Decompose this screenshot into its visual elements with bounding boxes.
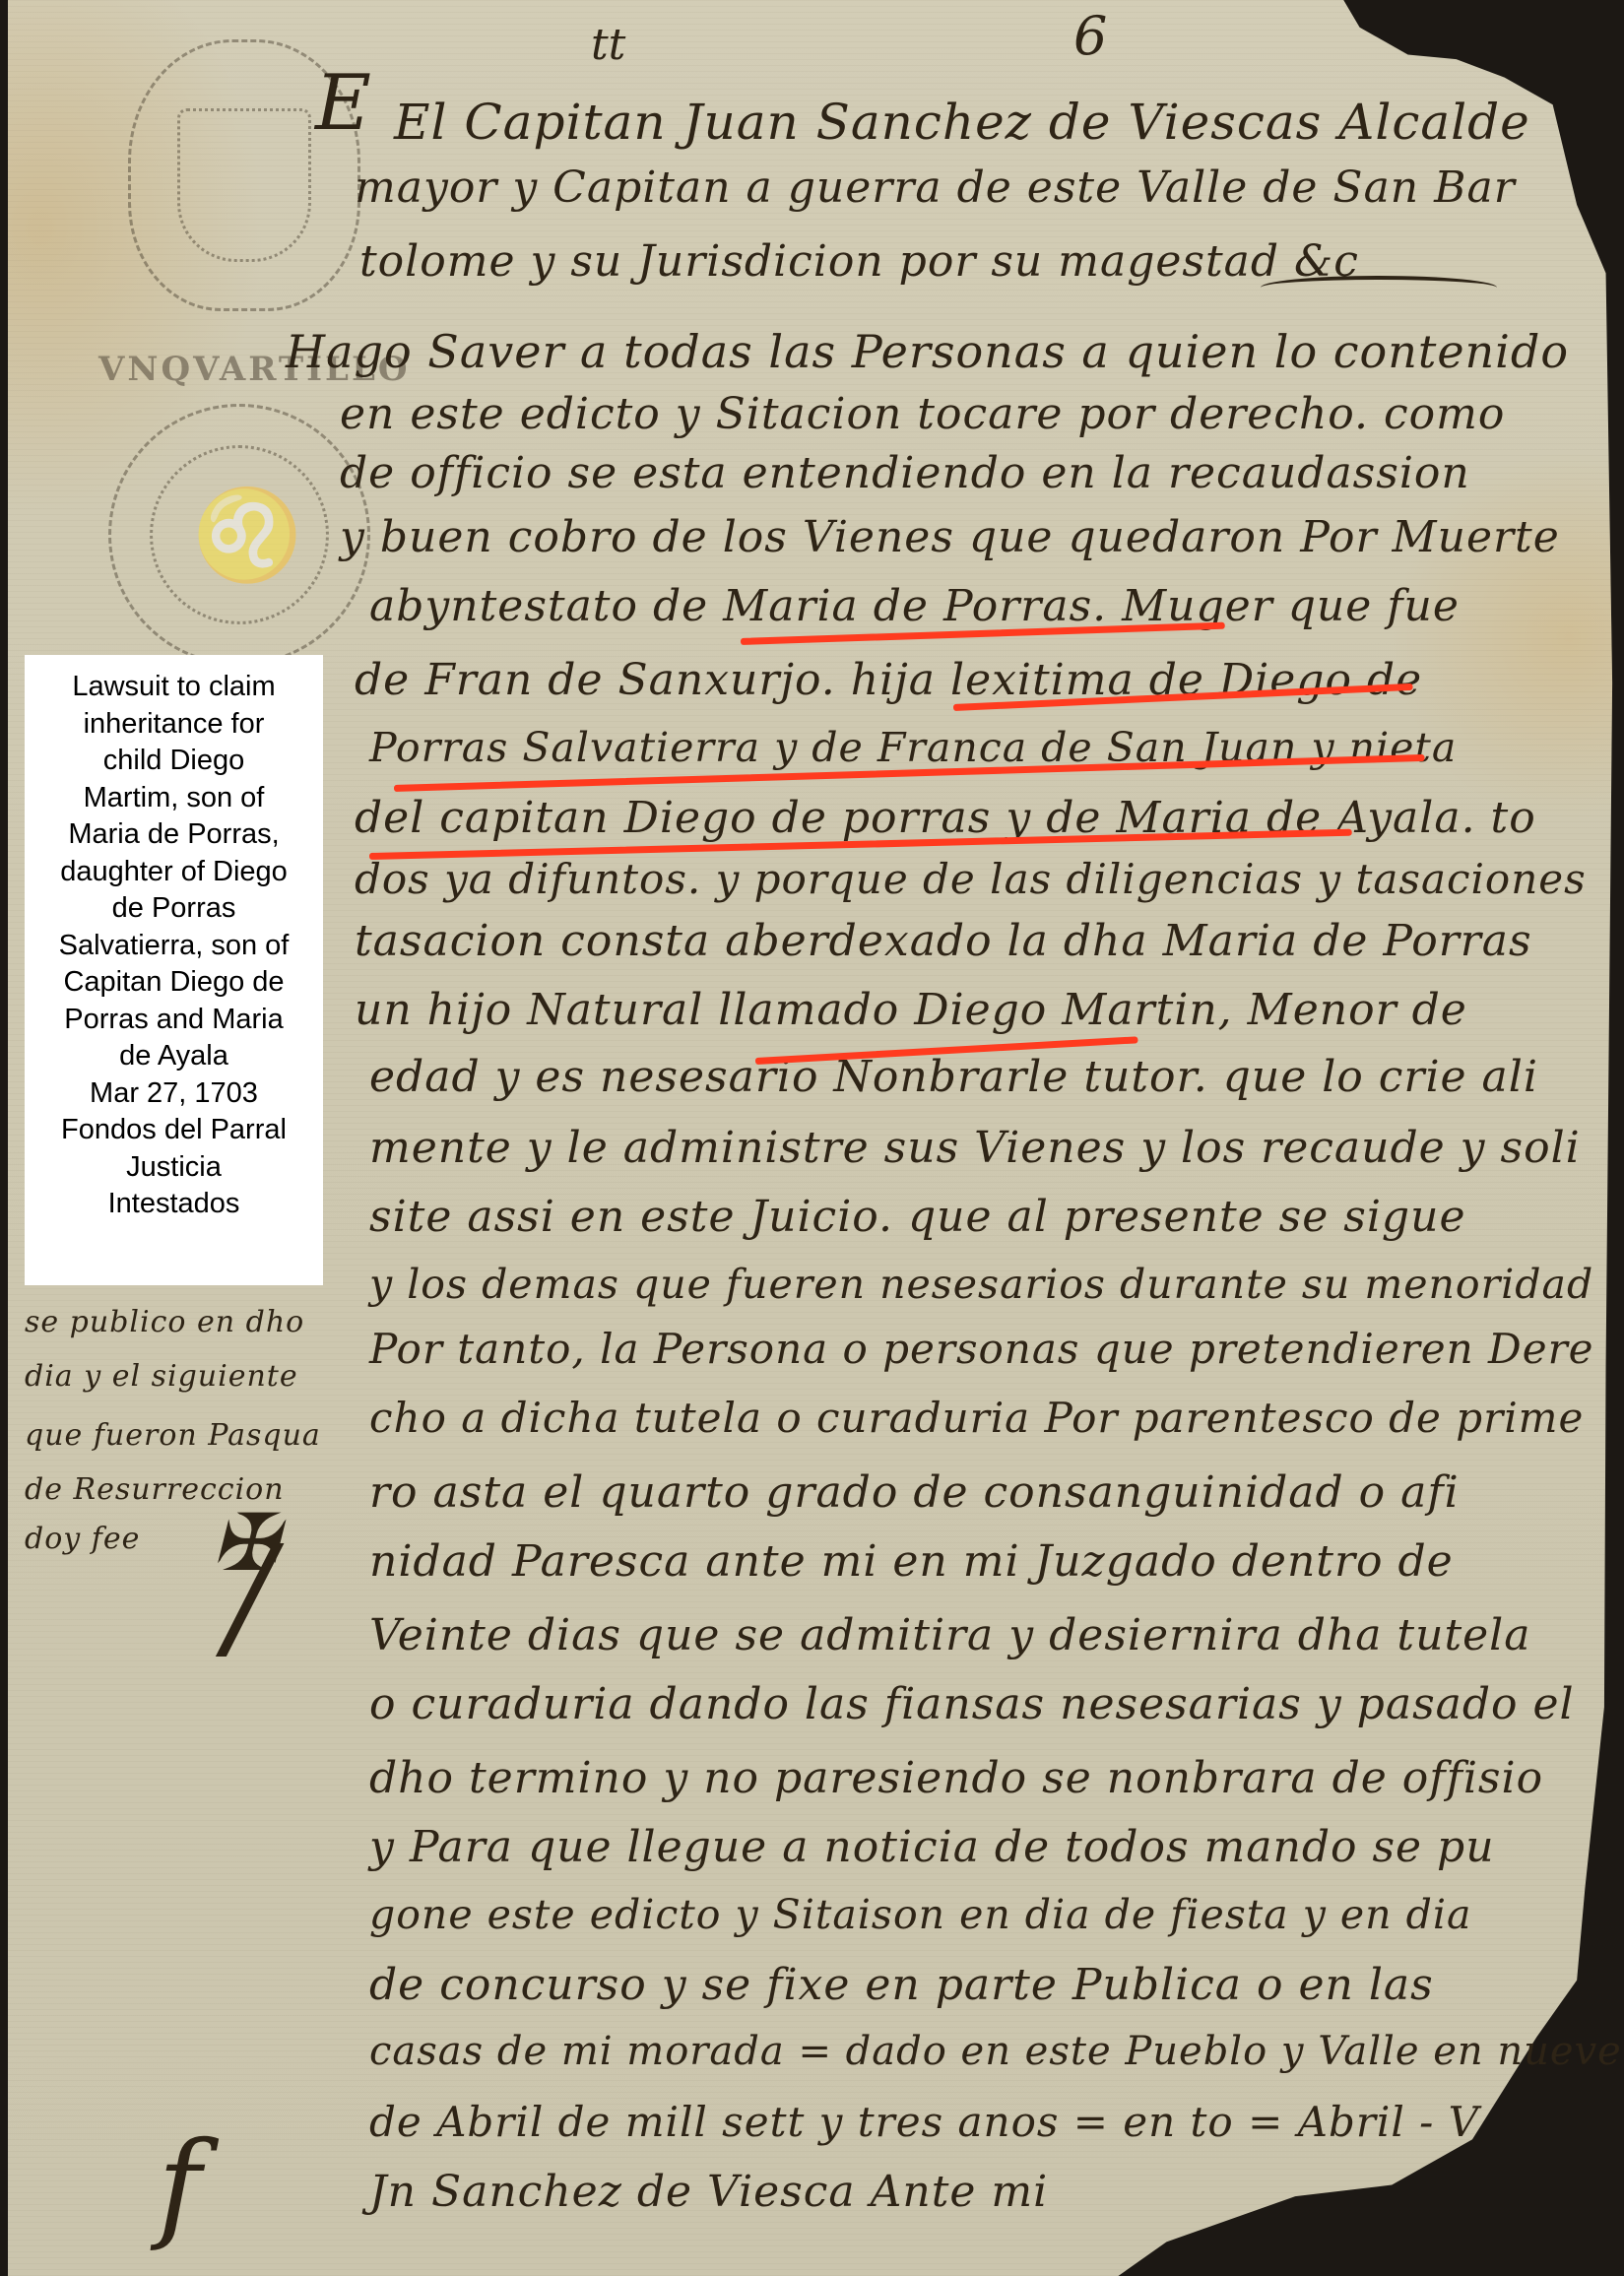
annotation-line: Salvatierra, son of xyxy=(59,928,290,965)
annotation-line: Capitan Diego de xyxy=(63,964,284,1002)
text-line-8: abyntestato de Maria de Porras. Muger qu… xyxy=(369,581,1460,631)
annotation-subseries: Intestados xyxy=(108,1186,240,1223)
text-line-26: y Para que llegue a noticia de todos man… xyxy=(369,1822,1495,1872)
annotation-line: Maria de Porras, xyxy=(68,816,279,854)
margin-note-line-5: doy fee xyxy=(25,1522,140,1556)
text-line-16: mente y le administre sus Vienes y los r… xyxy=(369,1123,1581,1173)
text-line-22: nidad Paresca ante mi en mi Juzgado dent… xyxy=(369,1536,1454,1587)
text-line-24: o curaduria dando las fiansas nesesarias… xyxy=(369,1679,1575,1729)
text-line-14: un hijo Natural llamado Diego Martin, Me… xyxy=(355,985,1467,1035)
line-flourish xyxy=(1261,276,1497,299)
folio-mark: tt xyxy=(591,20,625,70)
text-line-30: de Abril de mill sett y tres anos = en t… xyxy=(369,2098,1479,2146)
annotation-line: de Ayala xyxy=(119,1038,228,1075)
text-line-27: gone este edicto y Sitaison en dia de fi… xyxy=(369,1891,1471,1938)
text-line-1: El Capitan Juan Sanchez de Viescas Alcal… xyxy=(394,94,1530,151)
text-line-19: Por tanto, la Persona o personas que pre… xyxy=(369,1325,1594,1373)
annotation-line: child Diego xyxy=(103,743,244,780)
annotation-box: Lawsuit to claim inheritance for child D… xyxy=(25,655,323,1285)
notary-rubric-icon: ✠ xyxy=(212,1497,279,1589)
text-line-29: casas de mi morada = dado en este Pueblo… xyxy=(369,2029,1622,2074)
margin-note-line-3: que fueron Pasqua xyxy=(25,1418,321,1453)
text-line-11: del capitan Diego de porras y de Maria d… xyxy=(355,793,1536,843)
margin-f-mark: f xyxy=(158,2117,202,2254)
text-line-18: y los demas que fueren nesesarios durant… xyxy=(369,1261,1593,1308)
annotation-line: inheritance for xyxy=(84,706,265,744)
annotation-line: Lawsuit to claim xyxy=(72,669,275,706)
text-line-21: ro asta el quarto grado de consanguinida… xyxy=(369,1467,1460,1518)
text-line-4: Hago Saver a todas las Personas a quien … xyxy=(286,325,1569,378)
text-line-12: dos ya difuntos. y porque de las diligen… xyxy=(355,855,1587,903)
text-line-2: mayor y Capitan a guerra de este Valle d… xyxy=(355,163,1516,213)
margin-note-line-1: se publico en dho xyxy=(25,1305,304,1339)
annotation-line: de Porras xyxy=(112,890,236,928)
lion-icon: ♌ xyxy=(192,483,305,587)
text-line-5: en este edicto y Sitacion tocare por der… xyxy=(340,389,1505,439)
text-line-20: cho a dicha tutela o curaduria Por paren… xyxy=(369,1394,1584,1442)
text-line-17: site assi en este Juicio. que al present… xyxy=(369,1192,1465,1242)
page-number: 6 xyxy=(1073,5,1107,67)
coat-of-arms-shield xyxy=(177,108,311,262)
text-line-15: edad y es nesesario Nonbrarle tutor. que… xyxy=(369,1052,1538,1102)
annotation-series: Justicia xyxy=(126,1149,222,1187)
annotation-line: daughter of Diego xyxy=(60,854,288,891)
signature-line: Jn Sanchez de Viesca Ante mi xyxy=(369,2167,1048,2217)
text-line-23: Veinte dias que se admitira y desiernira… xyxy=(369,1610,1530,1660)
margin-note-line-2: dia y el siguiente xyxy=(25,1359,298,1394)
text-line-6: de officio se esta entendiendo en la rec… xyxy=(340,448,1470,498)
text-line-3: tolome y su Jurisdicion por su magestad … xyxy=(359,236,1359,287)
initial-capital-E: E xyxy=(315,59,372,148)
text-line-7: y buen cobro de los Vienes que quedaron … xyxy=(340,512,1560,562)
annotation-archive: Fondos del Parral xyxy=(61,1112,287,1149)
text-line-28: de concurso y se fixe en parte Publica o… xyxy=(369,1960,1434,2010)
text-line-9: de Fran de Sanxurjo. hija lexitima de Di… xyxy=(355,655,1422,705)
annotation-line: Martim, son of xyxy=(84,780,265,817)
annotation-date: Mar 27, 1703 xyxy=(90,1075,258,1113)
annotation-line: Porras and Maria xyxy=(64,1002,283,1039)
text-line-25: dho termino y no paresiendo se nonbrara … xyxy=(369,1753,1543,1803)
text-line-13: tasacion consta aberdexado la dha Maria … xyxy=(355,916,1532,966)
